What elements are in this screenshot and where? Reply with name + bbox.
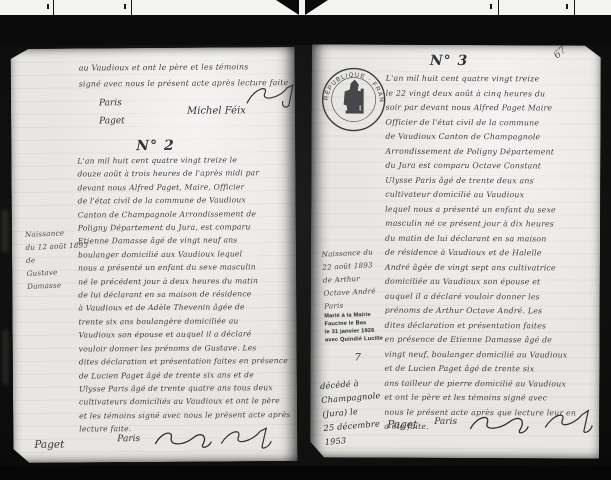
seal-marianne-figure bbox=[344, 80, 364, 114]
signature-paris: Paris bbox=[99, 98, 122, 108]
text-line: et ont le père et les témoins signé avec bbox=[384, 391, 576, 406]
text-line: du matin de lui déclarant en sa maison bbox=[385, 231, 577, 246]
text-line: L'an mil huit cent quatre vingt treize bbox=[386, 72, 578, 87]
margin-stamp-marriage: Marié à la MairieFaucine le Basle 31 jan… bbox=[324, 311, 383, 345]
act-3-body-text: L'an mil huit cent quatre vingt treizele… bbox=[384, 72, 577, 435]
text-line: domiciliée au Vaudioux son épouse et bbox=[385, 275, 577, 290]
signature-paris: Paris bbox=[434, 417, 457, 427]
text-line: de résidence à Vaudioux et de Halelle bbox=[385, 246, 577, 261]
ruler-tick bbox=[566, 4, 568, 9]
text-line: le 22 vingt deux août à cinq heures du bbox=[386, 86, 578, 101]
act-2-body-text: L'an mil huit cent quatre vingt treize l… bbox=[77, 153, 290, 436]
signature-paraph bbox=[468, 411, 530, 437]
act-number-2: N° 2 bbox=[136, 138, 175, 154]
text-line: Officier de l'état civil de la commune bbox=[386, 115, 578, 130]
frame-center-arrow-icon bbox=[276, 0, 328, 15]
text-line: au Vaudioux et ont le père et les témoin… bbox=[79, 59, 289, 76]
register-left-page: au Vaudioux et ont le père et les témoin… bbox=[11, 47, 298, 463]
folio-number: 67 bbox=[552, 45, 569, 61]
margin-note-birth-arthur: Naissance du22 août 1893de ArthurOctave … bbox=[321, 245, 376, 312]
text-line: douze août à trois heures de l'après mid… bbox=[77, 166, 288, 181]
text-line: Octave André bbox=[323, 284, 376, 299]
text-line: et les témoins signé avec nous le présen… bbox=[79, 408, 290, 423]
text-line: né le précédent jour à deux heures du ma… bbox=[78, 274, 289, 289]
text-line: soir par devant nous Alfred Paget Maire bbox=[386, 101, 578, 116]
ruler-tick bbox=[124, 4, 126, 9]
text-line: prénoms de Arthur Octave André. Les bbox=[385, 304, 577, 319]
text-line: Arrondissement de Poligny Département bbox=[385, 144, 577, 159]
text-line: lequel nous a présenté un enfant du sexe bbox=[385, 202, 577, 217]
microfilm-frame: au Vaudioux et ont le père et les témoin… bbox=[0, 0, 611, 480]
signature-paget: Paget bbox=[387, 419, 417, 431]
margin-note-death: décédé àChampagnole(Jura) le25 décembre1… bbox=[320, 374, 385, 449]
ruler-tick bbox=[47, 4, 49, 9]
renvoi-mark: 7 bbox=[355, 353, 361, 364]
ruler-line bbox=[498, 0, 499, 15]
film-black-band-top bbox=[0, 15, 611, 45]
signature-paraph bbox=[542, 407, 594, 435]
text-line: cultivateur domicilié au Vaudioux bbox=[385, 188, 577, 203]
register-right-page: 67 N° 3 RÉPUBLIQUE · FRANÇAISE L'an mil … bbox=[310, 44, 601, 458]
binding-smudge bbox=[3, 330, 8, 385]
text-line: dites déclaration et présentation faites… bbox=[79, 354, 290, 369]
text-line: vingt neuf, boulanger domicilié au Vaudi… bbox=[385, 347, 577, 362]
signature-paget: Paget bbox=[34, 439, 64, 451]
text-line: avec Quindié Lucille bbox=[325, 335, 383, 345]
text-line: André âgée de vingt sept ans cultivatric… bbox=[385, 260, 577, 275]
text-line: masculin né ce présent jour à dix heures bbox=[385, 217, 577, 232]
ruler-line bbox=[131, 0, 132, 15]
ruler-tick bbox=[490, 4, 492, 9]
ruler-line bbox=[53, 0, 54, 15]
binding-smudge bbox=[2, 210, 8, 252]
signature-michel: Michel Féix bbox=[187, 105, 246, 116]
text-line: et de Lucien Paget âgé de trente six bbox=[384, 362, 576, 377]
text-line: du Jura est comparu Octave Constant bbox=[385, 159, 577, 174]
text-line: en présence de Etienne Damasse âgé de bbox=[385, 333, 577, 348]
act-number-3: N° 3 bbox=[430, 53, 468, 69]
signature-paget: Paget bbox=[99, 116, 125, 126]
text-line: Ulysse Paris âgé de trente deux ans bbox=[385, 173, 577, 188]
text-line: ans tailleur de pierre domicilié au Vaud… bbox=[384, 376, 576, 391]
text-line: auquel il a déclaré vouloir donner les bbox=[385, 289, 577, 304]
film-black-band-bottom bbox=[0, 466, 611, 480]
republique-francaise-seal: RÉPUBLIQUE · FRANÇAISE bbox=[321, 66, 387, 136]
signature-paraph bbox=[153, 428, 213, 452]
film-ruler-strip bbox=[0, 0, 611, 15]
signature-paris: Paris bbox=[117, 434, 140, 444]
text-line: dites déclaration et présentation faites bbox=[385, 318, 577, 333]
signature-paraph bbox=[243, 83, 301, 109]
text-line: de Vaudioux Canton de Champagnole bbox=[385, 130, 577, 145]
signature-paraph bbox=[218, 425, 273, 451]
ruler-line bbox=[574, 0, 575, 15]
text-line: cultivateurs domiciliés au Vaudioux et o… bbox=[79, 394, 290, 409]
text-line: 22 août 1893 bbox=[322, 258, 375, 273]
